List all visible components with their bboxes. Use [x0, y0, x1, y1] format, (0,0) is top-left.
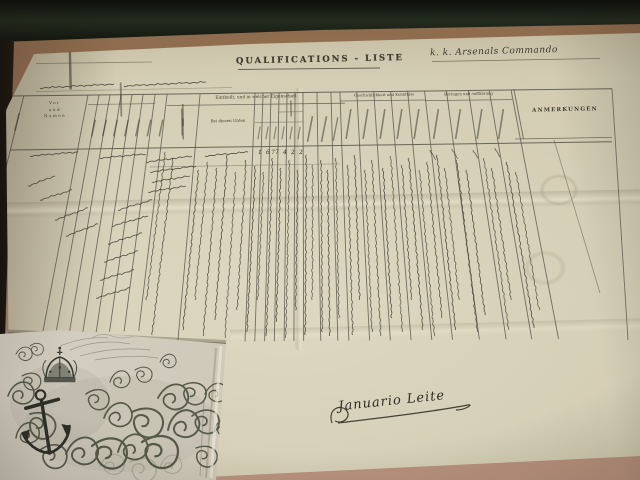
column-header-name: Vor und Namen: [28, 99, 82, 120]
engraved-ornament: [0, 334, 230, 480]
entry-number: 2: [296, 149, 306, 157]
framed-photo: QUALIFICATIONS - LISTE k. k. Arsenals Co…: [0, 0, 640, 480]
entry-number: 77: [270, 149, 280, 157]
feather-spray: [60, 338, 158, 360]
imperial-crown-icon: [43, 347, 77, 382]
